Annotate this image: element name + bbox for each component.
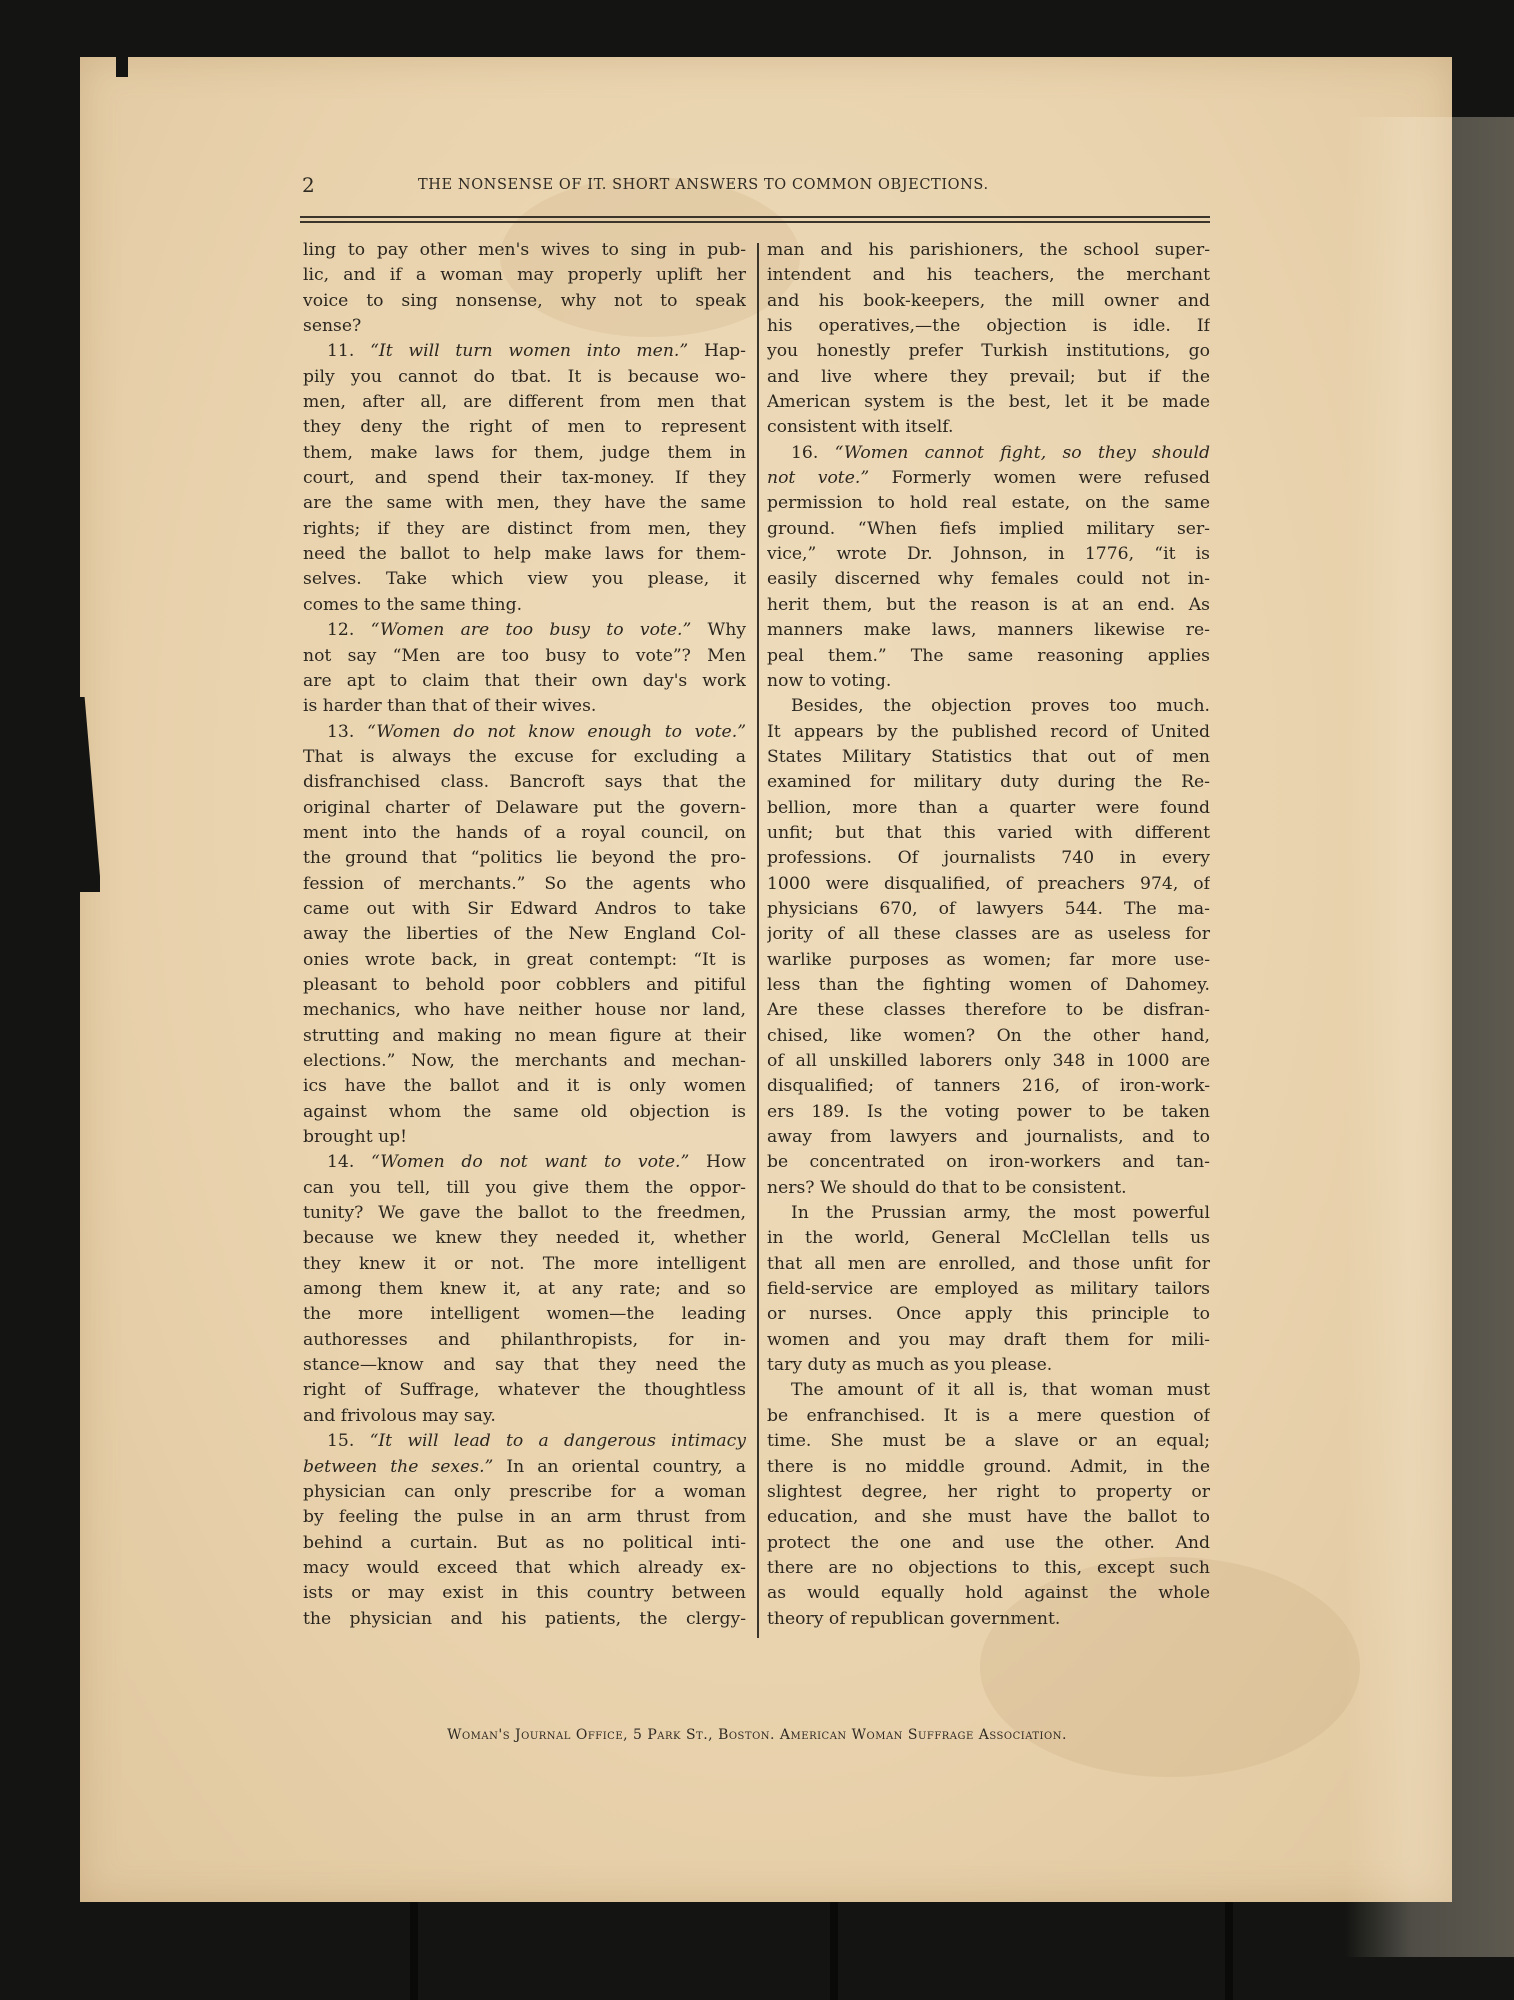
text-line: women and you may draft them for mili- [767, 1328, 1210, 1353]
text-line: warlike purposes as women; far more use- [767, 948, 1210, 973]
text-line: pleasant to behold poor cobblers and pit… [303, 973, 746, 998]
text-line: protect the one and use the other. And [767, 1531, 1210, 1556]
text-line: 1000 were disqualified, of preachers 974… [767, 872, 1210, 897]
backdrop-stripe [1225, 1900, 1233, 2000]
text-line: brought up! [303, 1125, 746, 1150]
text-line: not say “Men are too busy to vote”? Men [303, 644, 746, 669]
text-line: rights; if they are distinct from men, t… [303, 517, 746, 542]
text-line: in the world, General McClellan tells us [767, 1226, 1210, 1251]
page-footer: Woman's Journal Office, 5 Park St., Bost… [0, 1727, 1514, 1743]
text-line: now to voting. [767, 669, 1210, 694]
text-line: education, and she must have the ballot … [767, 1505, 1210, 1530]
text-line: there is no middle ground. Admit, in the [767, 1455, 1210, 1480]
text-line: be concentrated on iron-workers and tan- [767, 1150, 1210, 1175]
text-line: man and his parishioners, the school sup… [767, 238, 1210, 263]
text-line: ling to pay other men's wives to sing in… [303, 238, 746, 263]
page-tear-top-left [116, 55, 128, 77]
text-line: physicians 670, of lawyers 544. The ma- [767, 897, 1210, 922]
text-line: That is always the excuse for excluding … [303, 745, 746, 770]
text-line: that all men are enrolled, and those unf… [767, 1252, 1210, 1277]
text-line: intendent and his teachers, the merchant [767, 263, 1210, 288]
text-line: theory of republican government. [767, 1607, 1210, 1632]
text-line: of all unskilled laborers only 348 in 10… [767, 1049, 1210, 1074]
text-line: onies wrote back, in great contempt: “It… [303, 948, 746, 973]
text-line: and live where they prevail; but if the [767, 365, 1210, 390]
text-line: be enfranchised. It is a mere question o… [767, 1404, 1210, 1429]
objection-16-continuation: not vote.” Formerly women were refused [767, 466, 1210, 491]
page-tear-left-edge [78, 697, 100, 892]
text-line: ground. “When fiefs implied military ser… [767, 517, 1210, 542]
running-head: 2 THE NONSENSE OF IT. SHORT ANSWERS TO C… [300, 175, 1210, 199]
objection-12-heading: 12. “Women are too busy to vote.” Why [303, 618, 746, 643]
text-line: original charter of Delaware put the gov… [303, 796, 746, 821]
text-line: is harder than that of their wives. [303, 694, 746, 719]
text-line: against whom the same old objection is [303, 1100, 746, 1125]
text-line: elections.” Now, the merchants and mecha… [303, 1049, 746, 1074]
text-line: behind a curtain. But as no political in… [303, 1531, 746, 1556]
text-line: strutting and making no mean figure at t… [303, 1024, 746, 1049]
objection-12-quote: “Women are too busy to vote.” [371, 620, 692, 640]
text-line: ists or may exist in this country betwee… [303, 1581, 746, 1606]
text-line: stance—know and say that they need the [303, 1353, 746, 1378]
text-line: the ground that “politics lie beyond the… [303, 846, 746, 871]
text-line: court, and spend their tax-money. If the… [303, 466, 746, 491]
text-line: bellion, more than a quarter were found [767, 796, 1210, 821]
text-line: easily discerned why females could not i… [767, 567, 1210, 592]
header-rule-thick [300, 216, 1210, 218]
text-line: States Military Statistics that out of m… [767, 745, 1210, 770]
objection-16-quote: “Women cannot fight, so they should [835, 443, 1210, 463]
text-line: unfit; but that this varied with differe… [767, 821, 1210, 846]
text-line: macy would exceed that which already ex- [303, 1556, 746, 1581]
text-line: chised, like women? On the other hand, [767, 1024, 1210, 1049]
paragraph-start: The amount of it all is, that woman must [767, 1378, 1210, 1403]
text-line: can you tell, till you give them the opp… [303, 1176, 746, 1201]
right-column: man and his parishioners, the school sup… [767, 238, 1210, 1632]
document-page [80, 57, 1452, 1902]
text-line: herit them, but the reason is at an end.… [767, 593, 1210, 618]
text-line: consistent with itself. [767, 415, 1210, 440]
text-line: selves. Take which view you please, it [303, 567, 746, 592]
text-line: professions. Of journalists 740 in every [767, 846, 1210, 871]
text-line: ment into the hands of a royal council, … [303, 821, 746, 846]
objection-15-heading: 15. “It will lead to a dangerous intimac… [303, 1429, 746, 1454]
text-line: voice to sing nonsense, why not to speak [303, 289, 746, 314]
text-line: disqualified; of tanners 216, of iron-wo… [767, 1074, 1210, 1099]
text-line: lic, and if a woman may properly uplift … [303, 263, 746, 288]
text-line: It appears by the published record of Un… [767, 720, 1210, 745]
text-line: manners make laws, manners likewise re- [767, 618, 1210, 643]
text-line: peal them.” The same reasoning applies [767, 644, 1210, 669]
text-line: permission to hold real estate, on the s… [767, 491, 1210, 516]
text-line: ners? We should do that to be consistent… [767, 1176, 1210, 1201]
text-line: among them knew it, at any rate; and so [303, 1277, 746, 1302]
text-line: you honestly prefer Turkish institutions… [767, 339, 1210, 364]
paragraph-start: Besides, the objection proves too much. [767, 694, 1210, 719]
text-line: tary duty as much as you please. [767, 1353, 1210, 1378]
text-line: right of Suffrage, whatever the thoughtl… [303, 1378, 746, 1403]
text-line: and his book-keepers, the mill owner and [767, 289, 1210, 314]
text-line: or nurses. Once apply this principle to [767, 1302, 1210, 1327]
text-line: vice,” wrote Dr. Johnson, in 1776, “it i… [767, 542, 1210, 567]
text-line: men, after all, are different from men t… [303, 390, 746, 415]
text-line: mechanics, who have neither house nor la… [303, 998, 746, 1023]
text-line: came out with Sir Edward Andros to take [303, 897, 746, 922]
text-line: comes to the same thing. [303, 593, 746, 618]
text-line: field-service are employed as military t… [767, 1277, 1210, 1302]
text-line: they knew it or not. The more intelligen… [303, 1252, 746, 1277]
objection-15-quote: “It will lead to a dangerous intimacy [370, 1431, 746, 1451]
text-line: tunity? We gave the ballot to the freedm… [303, 1201, 746, 1226]
text-line: as would equally hold against the whole [767, 1581, 1210, 1606]
text-line: because we knew they needed it, whether [303, 1226, 746, 1251]
text-line: the more intelligent women—the leading [303, 1302, 746, 1327]
page-fold-shading [1345, 117, 1514, 1957]
text-line: time. She must be a slave or an equal; [767, 1429, 1210, 1454]
text-line: there are no objections to this, except … [767, 1556, 1210, 1581]
text-line: Are these classes therefore to be disfra… [767, 998, 1210, 1023]
text-line: and frivolous may say. [303, 1404, 746, 1429]
text-line: examined for military duty during the Re… [767, 770, 1210, 795]
text-line: ers 189. Is the voting power to be taken [767, 1100, 1210, 1125]
text-line: jority of all these classes are as usele… [767, 922, 1210, 947]
objection-14-quote: “Women do not want to vote.” [371, 1152, 689, 1172]
text-line: disfranchised class. Bancroft says that … [303, 770, 746, 795]
text-line: by feeling the pulse in an arm thrust fr… [303, 1505, 746, 1530]
text-line: sense? [303, 314, 746, 339]
backdrop-stripe [410, 1900, 418, 2000]
text-line: they deny the right of men to represent [303, 415, 746, 440]
text-line: physician can only prescribe for a woman [303, 1480, 746, 1505]
text-line: away the liberties of the New England Co… [303, 922, 746, 947]
text-line: them, make laws for them, judge them in [303, 441, 746, 466]
text-line: need the ballot to help make laws for th… [303, 542, 746, 567]
text-line: American system is the best, let it be m… [767, 390, 1210, 415]
text-line: slightest degree, her right to property … [767, 1480, 1210, 1505]
paragraph-start: In the Prussian army, the most powerful [767, 1201, 1210, 1226]
text-line: fession of merchants.” So the agents who [303, 872, 746, 897]
text-line: ics have the ballot and it is only women [303, 1074, 746, 1099]
objection-11-heading: 11. “It will turn women into men.” Hap- [303, 339, 746, 364]
backdrop-stripe [830, 1900, 838, 2000]
objection-11-quote: “It will turn women into men.” [370, 341, 688, 361]
text-line: his operatives,—the objection is idle. I… [767, 314, 1210, 339]
text-line: are the same with men, they have the sam… [303, 491, 746, 516]
text-line: are apt to claim that their own day's wo… [303, 669, 746, 694]
header-rule-thin [300, 221, 1210, 223]
objection-15-continuation: between the sexes.” In an oriental count… [303, 1455, 746, 1480]
objection-13-quote: “Women do not know enough to vote.” [367, 722, 746, 742]
text-line: away from lawyers and journalists, and t… [767, 1125, 1210, 1150]
objection-16-heading: 16. “Women cannot fight, so they should [767, 441, 1210, 466]
objection-14-heading: 14. “Women do not want to vote.” How [303, 1150, 746, 1175]
text-line: authoresses and philanthropists, for in- [303, 1328, 746, 1353]
running-head-title: THE NONSENSE OF IT. SHORT ANSWERS TO COM… [418, 177, 989, 193]
column-divider [757, 243, 759, 1638]
text-line: less than the fighting women of Dahomey. [767, 973, 1210, 998]
left-column: ling to pay other men's wives to sing in… [303, 238, 746, 1632]
objection-13-heading: 13. “Women do not know enough to vote.” [303, 720, 746, 745]
page-number: 2 [302, 173, 315, 197]
text-line: the physician and his patients, the cler… [303, 1607, 746, 1632]
text-line: pily you cannot do tbat. It is because w… [303, 365, 746, 390]
